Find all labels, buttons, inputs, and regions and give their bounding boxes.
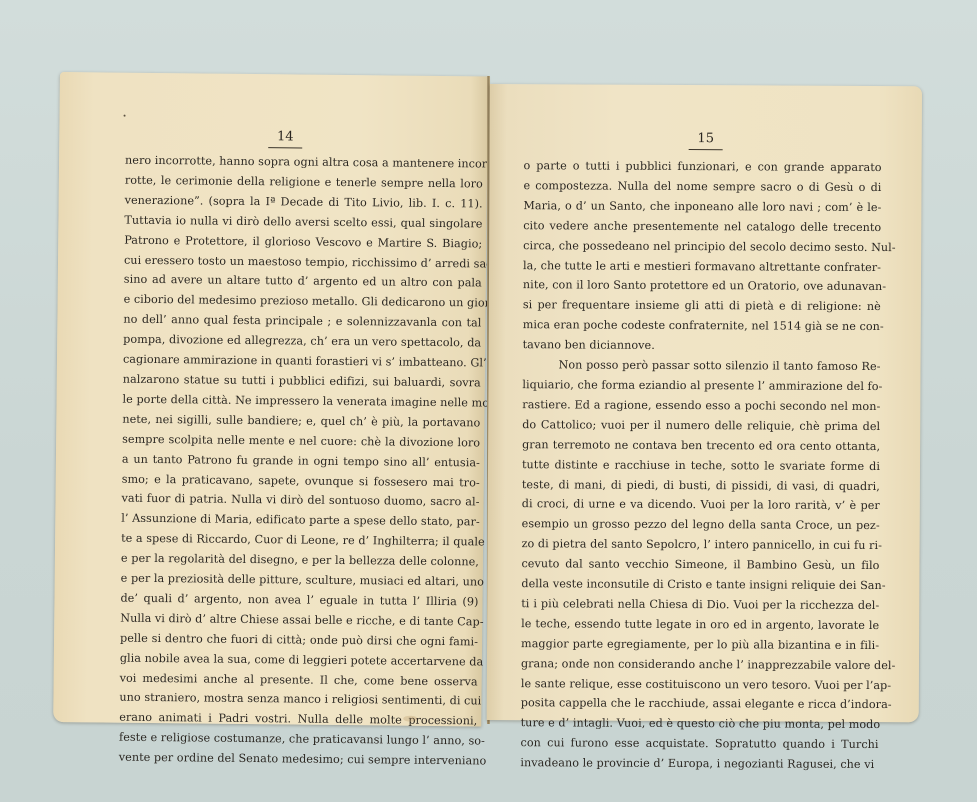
text-line: esempio un grosso pezzo del legno della …: [522, 514, 880, 536]
page-number-right: 15: [676, 131, 736, 150]
text-line: Non posso però passar sotto silenzio il …: [522, 355, 880, 377]
text-line: mica eran poche codeste confraternite, n…: [523, 315, 881, 337]
text-line: tavano ben diciannove.: [523, 335, 881, 357]
text-line: grana; onde non considerando anche l’ in…: [521, 654, 879, 676]
text-line: di croci, di urne e va dicendo. Vuoi per…: [522, 495, 880, 517]
text-line: le teche, essendo tutte legate in oro ed…: [521, 614, 879, 636]
page-number-left: 14: [255, 129, 315, 149]
text-line: o parte o tutti i pubblici funzionari, e…: [524, 156, 882, 178]
text-line: si per frequentare insieme gli atti di p…: [523, 296, 881, 318]
left-page-text: nero incorrotte, hanno sopra ogni altra …: [119, 151, 483, 772]
text-line: le sante relique, esse costituiscono un …: [521, 674, 879, 696]
text-line: vente per ordine del Senato medesimo; cu…: [119, 748, 477, 772]
text-line: e compostezza. Nulla del nome sempre sac…: [523, 176, 881, 198]
text-line: teste, di mani, di piedi, di busti, di p…: [522, 475, 880, 497]
text-line: invadeano le provincie d’ Europa, i nego…: [520, 753, 878, 775]
text-line: Maria, o d’ un Santo, che inponeano alle…: [523, 196, 881, 218]
foxing-stain: [403, 716, 417, 722]
text-line: do Cattolico; vuoi per il numero delle r…: [522, 415, 880, 437]
text-line: zo di pietra del santo Sepolcro, l’ inte…: [522, 534, 880, 556]
text-line: tutte distinte e racchiuse in teche, sot…: [522, 455, 880, 477]
right-page-text: o parte o tutti i pubblici funzionari, e…: [520, 156, 881, 775]
text-line: rastiere. Ed a ragione, essendo esso a p…: [522, 395, 880, 417]
text-line: la, che tutte le arti e mestieri formava…: [523, 256, 881, 278]
right-page: 15 o parte o tutti i pubblici funzionari…: [487, 84, 922, 722]
text-line: liquiario, che forma eziandio al present…: [522, 375, 880, 397]
text-line: ti i più celebrati nella Chiesa di Dio. …: [521, 594, 879, 616]
text-line: della veste inconsutile di Cristo e tant…: [521, 574, 879, 596]
text-line: posita cappella che le racchiude, assai …: [521, 694, 879, 716]
left-page: 14 nero incorrotte, hanno sopra ogni alt…: [53, 72, 488, 726]
text-line: nite, con il loro Santo protettore ed un…: [523, 276, 881, 298]
text-line: gran terremoto ne contava ben trecento e…: [522, 435, 880, 457]
text-line: cito vedere anche presentemente nel cata…: [523, 216, 881, 238]
text-line: cevuto dal santo vecchio Simeone, il Bam…: [521, 554, 879, 576]
text-line: ture e d’ intagli. Vuoi, ed è questo ciò…: [521, 714, 879, 736]
text-line: circa, che possedeano nel principio del …: [523, 236, 881, 258]
text-line: maggior parte egregiamente, per lo più a…: [521, 634, 879, 656]
text-line: con cui furono esse acquistate. Sopratut…: [520, 733, 878, 755]
ink-speck: [124, 115, 126, 117]
